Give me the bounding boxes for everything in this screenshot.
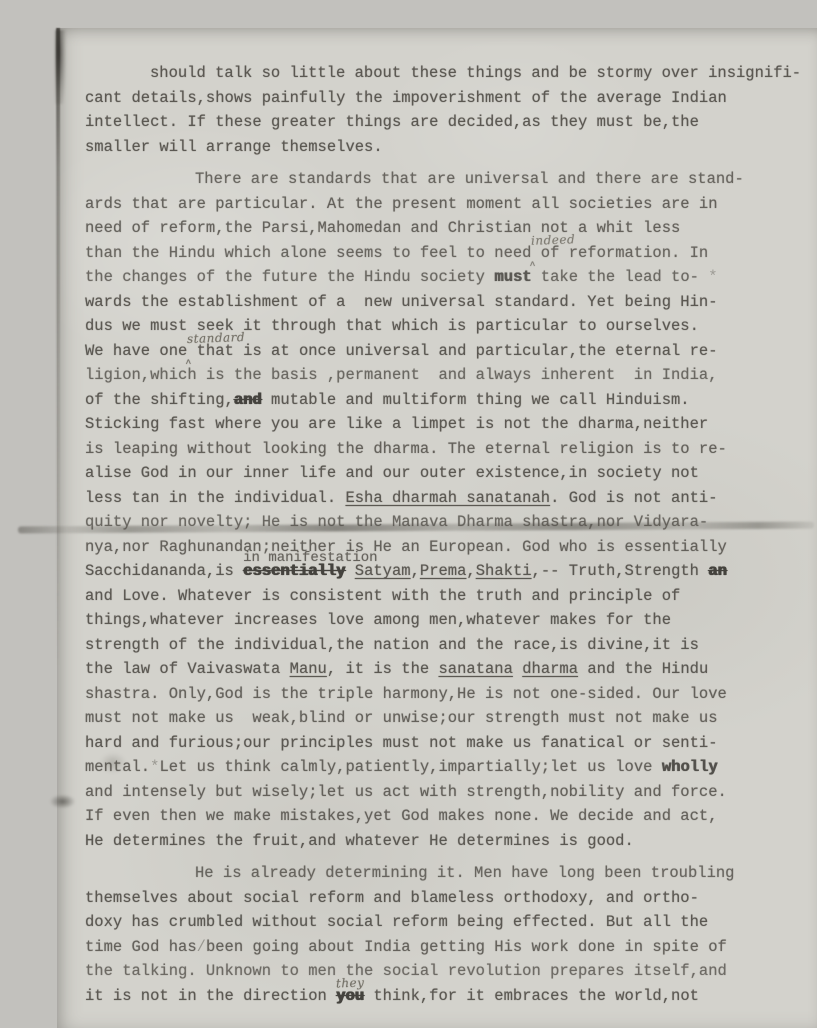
text-line: nya,nor Raghunandan;neither is He an Eur… bbox=[85, 538, 727, 557]
text-run: things,whatever increases love among men… bbox=[85, 611, 671, 629]
text-line: the changes of the future the Hindu soci… bbox=[85, 268, 718, 287]
text-line: cant details,shows painfully the impover… bbox=[85, 89, 727, 108]
text-run: mutable and multiform thing we call Hind… bbox=[262, 391, 690, 409]
text-line: shastra. Only,God is the triple harmony,… bbox=[85, 685, 727, 704]
text-run: ards that are particular. At the present… bbox=[85, 195, 718, 213]
text-run: than the Hindu which alone seems to feel… bbox=[85, 244, 531, 262]
underlined-term: Esha dharmah sanatanah bbox=[345, 489, 550, 507]
text-run: think,for it embraces the world,not bbox=[364, 987, 699, 1005]
text-run: , it is the bbox=[327, 660, 439, 678]
text-run: Sticking fast where you are like a limpe… bbox=[85, 415, 708, 433]
text-run: Sacchidananda,is bbox=[85, 562, 243, 580]
text-run: , bbox=[411, 562, 420, 580]
correction-anchor: standard^ that is at once universal and … bbox=[187, 342, 717, 361]
text-run: mental. bbox=[85, 758, 150, 776]
text-line: We have onestandard^ that is at once uni… bbox=[85, 342, 718, 361]
text-run bbox=[513, 660, 522, 678]
text-run: is leaping without looking the dharma. T… bbox=[85, 440, 727, 458]
handwritten-correction: standard bbox=[187, 327, 246, 348]
text-line: ards that are particular. At the present… bbox=[85, 195, 718, 214]
text-run: cant details,shows painfully the impover… bbox=[85, 89, 727, 107]
correction-anchor: theyyou bbox=[336, 987, 364, 1006]
text-line: doxy has crumbled without social reform … bbox=[85, 913, 708, 932]
text-line: He is already determining it. Men have l… bbox=[195, 864, 735, 883]
text-line: dus we must seek it through that which i… bbox=[85, 317, 699, 336]
text-line: than the Hindu which alone seems to feel… bbox=[85, 244, 708, 263]
text-run: themselves about social reform and blame… bbox=[85, 889, 699, 907]
text-line: of the shifting,and mutable and multifor… bbox=[85, 391, 690, 410]
text-run: ligion,which is the basis ,permanent and… bbox=[85, 366, 718, 384]
text-run: intellect. If these greater things are d… bbox=[85, 113, 699, 131]
text-line: If even then we make mistakes,yet God ma… bbox=[85, 807, 718, 826]
text-line: alise God in our inner life and our oute… bbox=[85, 464, 699, 483]
text-line: the law of Vaivaswata Manu, it is the sa… bbox=[85, 660, 708, 679]
handwritten-correction: indeed bbox=[531, 230, 576, 251]
text-line: need of reform,the Parsi,Mahomedan and C… bbox=[85, 219, 680, 238]
text-run: need of reform,the Parsi,Mahomedan and C… bbox=[85, 219, 680, 237]
faint-mark: / bbox=[197, 938, 206, 956]
typed-text-block: should talk so little about these things… bbox=[0, 0, 817, 1028]
underlined-term: sanatana bbox=[438, 660, 512, 678]
text-run: strength of the individual,the nation an… bbox=[85, 636, 699, 654]
text-line: ligion,which is the basis ,permanent and… bbox=[85, 366, 718, 385]
struck-out-word: an bbox=[708, 562, 727, 580]
text-run: the talking. Unknown to men the social r… bbox=[85, 962, 727, 980]
text-run: and intensely but wisely;let us act with… bbox=[85, 783, 727, 801]
text-line: things,whatever increases love among men… bbox=[85, 611, 671, 630]
text-run: of the shifting, bbox=[85, 391, 234, 409]
correction-anchor: indeed^ of reformation. In bbox=[531, 244, 708, 263]
typed-interlinear-insertion: in manifestation bbox=[243, 549, 377, 568]
text-line: Sacchidananda,is in manifestationessenti… bbox=[85, 562, 727, 581]
text-run: it is not in the direction bbox=[85, 987, 336, 1005]
text-run: If even then we make mistakes,yet God ma… bbox=[85, 807, 718, 825]
text-run: less tan in the individual. bbox=[85, 489, 345, 507]
text-run: and Love. Whatever is consistent with th… bbox=[85, 587, 680, 605]
text-run: time God has bbox=[85, 938, 197, 956]
overtyped-word: must bbox=[494, 268, 531, 286]
text-line: less tan in the individual. Esha dharmah… bbox=[85, 489, 718, 508]
text-line: He determines the fruit,and whatever He … bbox=[85, 832, 634, 851]
text-run: wards the establishment of a new univers… bbox=[85, 293, 718, 311]
text-run: ,-- Truth,Strength bbox=[532, 562, 709, 580]
overtyped-word: wholly bbox=[662, 758, 718, 776]
underlined-term: Manu bbox=[290, 660, 327, 678]
text-run: He determines the fruit,and whatever He … bbox=[85, 832, 634, 850]
text-run: alise God in our inner life and our oute… bbox=[85, 464, 699, 482]
text-line: smaller will arrange themselves. bbox=[85, 138, 383, 157]
text-run: quity nor novelty; He is not the Manava … bbox=[85, 513, 708, 531]
text-line: time God has/been going about India gett… bbox=[85, 938, 727, 957]
text-line: wards the establishment of a new univers… bbox=[85, 293, 718, 312]
text-run: dus we must seek it through that which i… bbox=[85, 317, 699, 335]
text-run: been going about India getting His work … bbox=[206, 938, 727, 956]
text-run: the changes of the future the Hindu soci… bbox=[85, 268, 494, 286]
scanned-page: should talk so little about these things… bbox=[0, 0, 817, 1028]
text-line: and Love. Whatever is consistent with th… bbox=[85, 587, 680, 606]
text-run: hard and furious;our principles must not… bbox=[85, 734, 718, 752]
struck-out-word: and bbox=[234, 391, 262, 409]
text-line: should talk so little about these things… bbox=[150, 64, 801, 83]
text-run: the law of Vaivaswata bbox=[85, 660, 290, 678]
text-line: it is not in the direction theyyou think… bbox=[85, 987, 699, 1006]
text-run: and the Hindu bbox=[578, 660, 708, 678]
underlined-term: dharma bbox=[522, 660, 578, 678]
text-run: shastra. Only,God is the triple harmony,… bbox=[85, 685, 727, 703]
text-run: that is at once universal and particular… bbox=[187, 342, 717, 360]
text-line: must not make us weak,blind or unwise;ou… bbox=[85, 709, 718, 728]
text-line: hard and furious;our principles must not… bbox=[85, 734, 718, 753]
correction-anchor: in manifestationessentially bbox=[243, 562, 345, 581]
underlined-term: Shakti bbox=[476, 562, 532, 580]
text-run: nya,nor Raghunandan;neither is He an Eur… bbox=[85, 538, 727, 556]
text-run: . God is not anti- bbox=[550, 489, 717, 507]
text-run: doxy has crumbled without social reform … bbox=[85, 913, 708, 931]
text-run: smaller will arrange themselves. bbox=[85, 138, 383, 156]
text-line: There are standards that are universal a… bbox=[195, 170, 744, 189]
faint-mark: * bbox=[708, 268, 717, 286]
text-line: mental.*Let us think calmly,patiently,im… bbox=[85, 758, 718, 777]
text-run: He is already determining it. Men have l… bbox=[195, 864, 735, 882]
text-run: We have one bbox=[85, 342, 187, 360]
text-line: quity nor novelty; He is not the Manava … bbox=[85, 513, 708, 532]
text-run: should talk so little about these things… bbox=[150, 64, 801, 82]
text-run: , bbox=[466, 562, 475, 580]
text-line: themselves about social reform and blame… bbox=[85, 889, 699, 908]
text-line: the talking. Unknown to men the social r… bbox=[85, 962, 727, 981]
text-line: and intensely but wisely;let us act with… bbox=[85, 783, 727, 802]
text-line: is leaping without looking the dharma. T… bbox=[85, 440, 727, 459]
handwritten-correction: they bbox=[336, 973, 365, 993]
underlined-term: Prema bbox=[420, 562, 467, 580]
text-run: There are standards that are universal a… bbox=[195, 170, 744, 188]
text-run: take the lead to- bbox=[532, 268, 709, 286]
text-run: Let us think calmly,patiently,impartiall… bbox=[159, 758, 661, 776]
text-line: Sticking fast where you are like a limpe… bbox=[85, 415, 708, 434]
text-line: strength of the individual,the nation an… bbox=[85, 636, 699, 655]
text-run: must not make us weak,blind or unwise;ou… bbox=[85, 709, 718, 727]
text-line: intellect. If these greater things are d… bbox=[85, 113, 699, 132]
